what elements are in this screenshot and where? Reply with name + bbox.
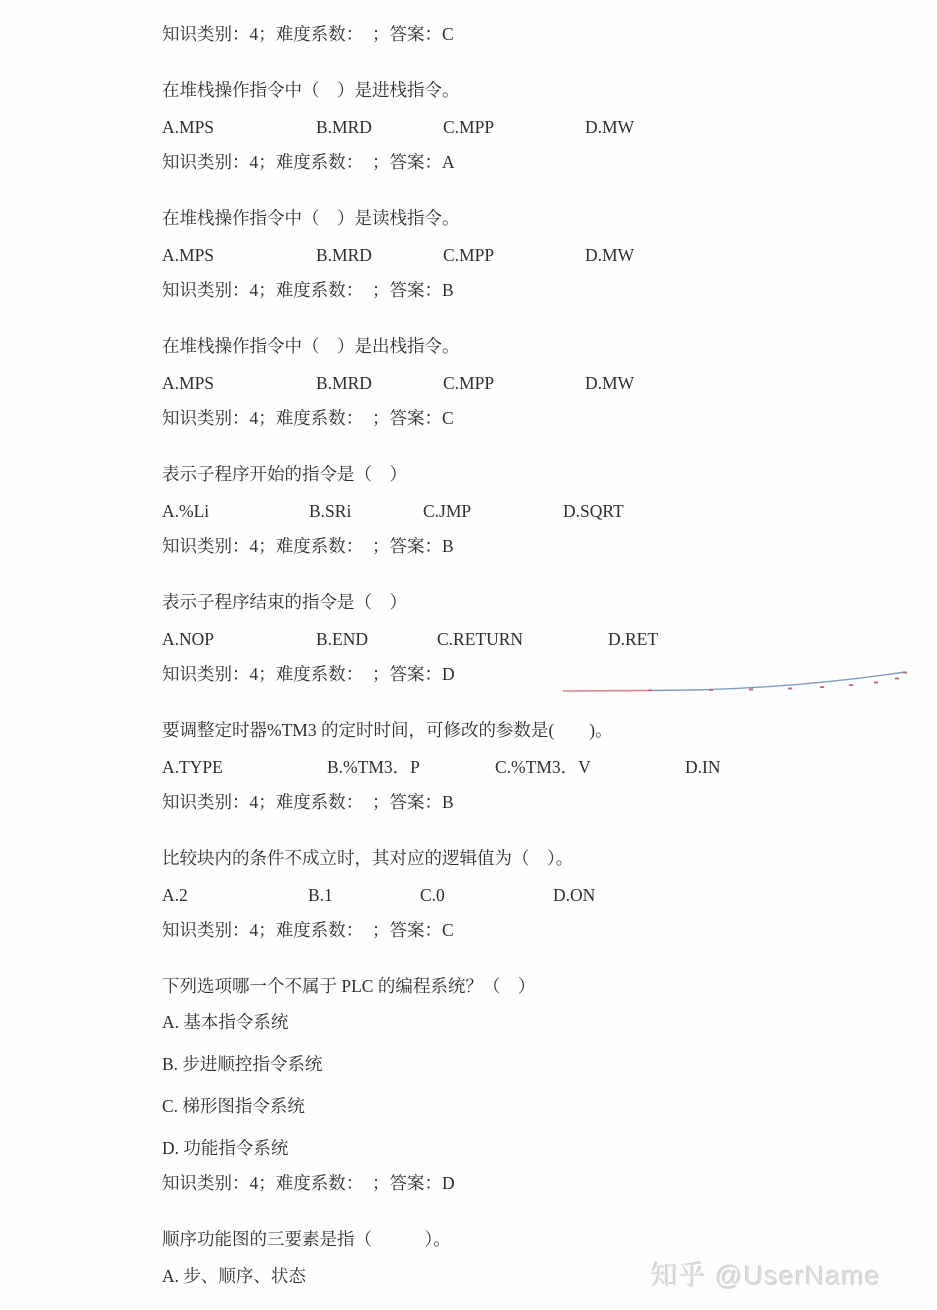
option-d: D.SQRT bbox=[563, 499, 922, 523]
option-d: D. 功能指令系统 bbox=[162, 1136, 922, 1160]
option-d: D.ON bbox=[553, 883, 922, 907]
meta-line: 知识类别：4；难度系数： ；答案：A bbox=[162, 150, 922, 174]
option-d: D.RET bbox=[608, 627, 922, 651]
meta-line: 知识类别：4；难度系数： ；答案：D bbox=[162, 662, 922, 686]
meta-line: 知识类别：4；难度系数： ；答案：C bbox=[162, 22, 922, 46]
meta-line: 知识类别：4；难度系数： ；答案：B bbox=[162, 790, 922, 814]
option-c: C.%TM3．V bbox=[495, 755, 685, 779]
options-row: A.MPS B.MRD C.MPP D.MW bbox=[162, 371, 922, 395]
option-b: B.MRD bbox=[316, 115, 443, 139]
options-row: A.%Li B.SRi C.JMP D.SQRT bbox=[162, 499, 922, 523]
option-b: B. 步进顺控指令系统 bbox=[162, 1052, 922, 1076]
exam-document: 知识类别：4；难度系数： ；答案：C 在堆栈操作指令中（ ）是进栈指令。 A.M… bbox=[162, 22, 922, 1288]
zhihu-watermark: 知乎 @UserName bbox=[651, 1254, 881, 1293]
option-d: D.MW bbox=[585, 371, 922, 395]
question-text: 比较块内的条件不成立时，其对应的逻辑值为（ ）。 bbox=[162, 846, 922, 870]
option-c: C.MPP bbox=[443, 243, 585, 267]
option-a: A.2 bbox=[162, 883, 308, 907]
option-d: D.MW bbox=[585, 115, 922, 139]
option-b: B.MRD bbox=[316, 371, 443, 395]
option-a: A.MPS bbox=[162, 371, 316, 395]
option-a: A. 基本指令系统 bbox=[162, 1010, 922, 1034]
option-c: C.RETURN bbox=[437, 627, 608, 651]
question-text: 在堆栈操作指令中（ ）是读栈指令。 bbox=[162, 206, 922, 230]
question-text: 表示子程序结束的指令是（ ） bbox=[162, 590, 922, 614]
option-a: A.MPS bbox=[162, 115, 316, 139]
option-b: B.%TM3．P bbox=[327, 755, 495, 779]
question-text: 在堆栈操作指令中（ ）是出栈指令。 bbox=[162, 334, 922, 358]
question-block: 在堆栈操作指令中（ ）是出栈指令。 A.MPS B.MRD C.MPP D.MW… bbox=[162, 334, 922, 430]
question-text: 在堆栈操作指令中（ ）是进栈指令。 bbox=[162, 78, 922, 102]
option-d: D.MW bbox=[585, 243, 922, 267]
question-block: 下列选项哪一个不属于 PLC 的编程系统？（ ） A. 基本指令系统 B. 步进… bbox=[162, 974, 922, 1195]
option-b: B.MRD bbox=[316, 243, 443, 267]
meta-line: 知识类别：4；难度系数： ；答案：B bbox=[162, 278, 922, 302]
question-block: 表示子程序开始的指令是（ ） A.%Li B.SRi C.JMP D.SQRT … bbox=[162, 462, 922, 558]
question-text: 顺序功能图的三要素是指（ ）。 bbox=[162, 1227, 922, 1251]
question-block: 比较块内的条件不成立时，其对应的逻辑值为（ ）。 A.2 B.1 C.0 D.O… bbox=[162, 846, 922, 942]
question-block: 要调整定时器%TM3 的定时时间，可修改的参数是( )。 A.TYPE B.%T… bbox=[162, 718, 922, 814]
option-d: D.IN bbox=[685, 755, 922, 779]
option-a: A.TYPE bbox=[162, 755, 327, 779]
options-row: A.TYPE B.%TM3．P C.%TM3．V D.IN bbox=[162, 755, 922, 779]
options-row: A.MPS B.MRD C.MPP D.MW bbox=[162, 243, 922, 267]
options-row: A.NOP B.END C.RETURN D.RET bbox=[162, 627, 922, 651]
option-c: C.MPP bbox=[443, 115, 585, 139]
option-a: A.%Li bbox=[162, 499, 309, 523]
question-text: 下列选项哪一个不属于 PLC 的编程系统？（ ） bbox=[162, 974, 922, 998]
option-a: A.NOP bbox=[162, 627, 316, 651]
question-text: 表示子程序开始的指令是（ ） bbox=[162, 462, 922, 486]
question-text: 要调整定时器%TM3 的定时时间，可修改的参数是( )。 bbox=[162, 718, 922, 742]
options-row: A.MPS B.MRD C.MPP D.MW bbox=[162, 115, 922, 139]
option-c: C.0 bbox=[420, 883, 553, 907]
option-a: A.MPS bbox=[162, 243, 316, 267]
option-c: C.MPP bbox=[443, 371, 585, 395]
question-block: 在堆栈操作指令中（ ）是读栈指令。 A.MPS B.MRD C.MPP D.MW… bbox=[162, 206, 922, 302]
question-block: 表示子程序结束的指令是（ ） A.NOP B.END C.RETURN D.RE… bbox=[162, 590, 922, 686]
meta-line: 知识类别：4；难度系数： ；答案：B bbox=[162, 534, 922, 558]
meta-line: 知识类别：4；难度系数： ；答案：C bbox=[162, 406, 922, 430]
option-b: B.1 bbox=[308, 883, 420, 907]
options-row: A.2 B.1 C.0 D.ON bbox=[162, 883, 922, 907]
question-block: 在堆栈操作指令中（ ）是进栈指令。 A.MPS B.MRD C.MPP D.MW… bbox=[162, 78, 922, 174]
meta-line: 知识类别：4；难度系数： ；答案：C bbox=[162, 918, 922, 942]
option-b: B.SRi bbox=[309, 499, 423, 523]
option-c: C.JMP bbox=[423, 499, 563, 523]
meta-line: 知识类别：4；难度系数： ；答案：D bbox=[162, 1171, 922, 1195]
option-c: C. 梯形图指令系统 bbox=[162, 1094, 922, 1118]
option-b: B.END bbox=[316, 627, 437, 651]
